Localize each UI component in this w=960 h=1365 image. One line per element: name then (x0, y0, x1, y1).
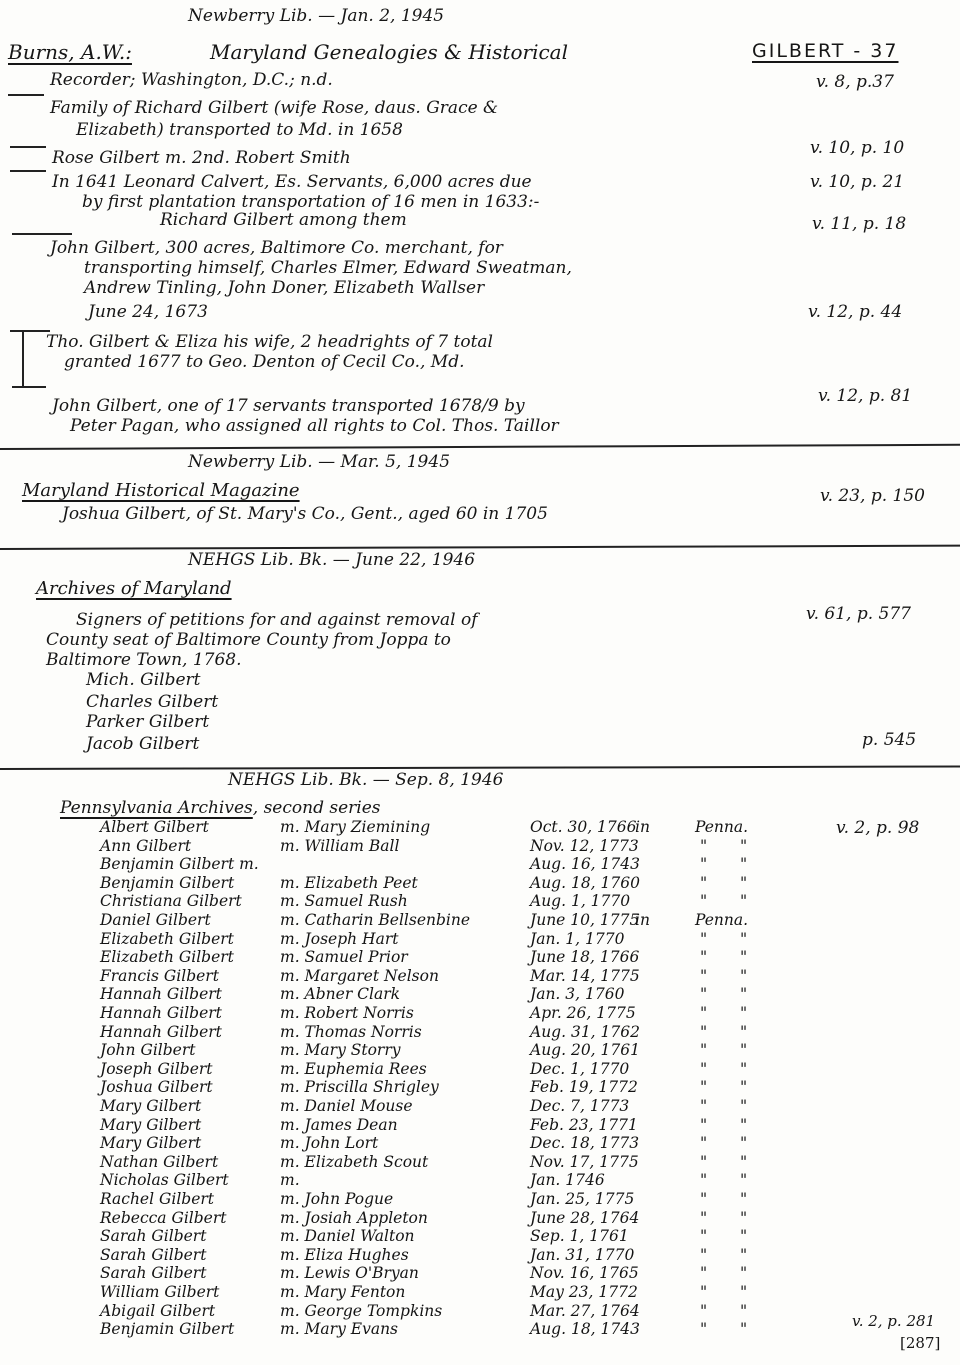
marriage-place: " (700, 1078, 707, 1096)
person-name: Sarah Gilbert (100, 1227, 206, 1245)
ref-4: v. 11, p. 18 (812, 214, 906, 234)
person-name: Joseph Gilbert (100, 1060, 213, 1078)
marriage-place-cont: Penna. (695, 911, 748, 929)
marriage-date: Nov. 16, 1765 (530, 1264, 639, 1282)
marriage-date: Jan. 3, 1760 (530, 985, 624, 1003)
ref-7: v. 23, p. 150 (820, 486, 925, 506)
entry-tick (10, 146, 46, 148)
signer: Parker Gilbert (86, 712, 209, 732)
spouse-name: m. William Ball (280, 837, 399, 855)
marriage-place: " (700, 1153, 707, 1171)
marriage-date: Aug. 1, 1770 (530, 892, 630, 910)
work-title-cont-1: Recorder; Washington, D.C.; n.d. (50, 70, 333, 90)
marriage-place: " (700, 1023, 707, 1041)
marriage-place-cont: " (740, 1246, 747, 1264)
person-name: Elizabeth Gilbert (100, 930, 234, 948)
entry-tick (8, 94, 44, 96)
marriage-place: " (700, 855, 707, 873)
entry-line: Tho. Gilbert & Eliza his wife, 2 headrig… (46, 332, 493, 352)
person-name: Nicholas Gilbert (100, 1171, 229, 1189)
marriage-place-cont: " (740, 985, 747, 1003)
marriage-date: Aug. 31, 1762 (530, 1023, 640, 1041)
person-name: Hannah Gilbert (100, 985, 222, 1003)
marriage-place: " (700, 1264, 707, 1282)
entry-tick (12, 386, 46, 388)
spouse-name: m. John Lort (280, 1134, 378, 1152)
entry-line: transporting himself, Charles Elmer, Edw… (84, 258, 572, 278)
marriage-place: " (700, 1041, 707, 1059)
person-name: Joshua Gilbert (100, 1078, 213, 1096)
marriage-place-cont: " (740, 1320, 747, 1338)
ref-5: v. 12, p. 44 (808, 302, 902, 322)
spouse-name: m. Samuel Rush (280, 892, 408, 910)
marriage-place: " (700, 1302, 707, 1320)
entry-line: In 1641 Leonard Calvert, Es. Servants, 6… (52, 172, 532, 192)
section-divider (0, 444, 960, 450)
marriage-place-cont: " (740, 1078, 747, 1096)
marriage-place: " (700, 948, 707, 966)
person-name: Mary Gilbert (100, 1116, 201, 1134)
marriage-place-cont: " (740, 1097, 747, 1115)
marriage-date: Oct. 30, 1766 (530, 818, 637, 836)
entry-line: Joshua Gilbert, of St. Mary's Co., Gent.… (62, 504, 548, 524)
source-header-1: Newberry Lib. — Jan. 2, 1945 (188, 6, 444, 26)
entry-line: Peter Pagan, who assigned all rights to … (70, 416, 559, 436)
signer: Mich. Gilbert (86, 670, 200, 690)
entry-line: John Gilbert, 300 acres, Baltimore Co. m… (50, 238, 503, 258)
work-title-4-wrap: Pennsylvania Archives, second series (60, 798, 380, 818)
marriage-date: June 10, 1775 (530, 911, 639, 929)
marriage-date: Jan. 1746 (530, 1171, 605, 1189)
entry-line: Rose Gilbert m. 2nd. Robert Smith (52, 148, 351, 168)
marriage-date: Aug. 18, 1760 (530, 874, 640, 892)
genealogy-note-page: Newberry Lib. — Jan. 2, 1945 Burns, A.W.… (0, 0, 960, 1365)
marriage-place-cont: " (740, 1023, 747, 1041)
marriage-place: " (700, 892, 707, 910)
marriage-place: " (700, 1227, 707, 1245)
entry-line: County seat of Baltimore County from Jop… (46, 630, 451, 650)
entry-line: John Gilbert, one of 17 servants transpo… (52, 396, 525, 416)
marriage-date: June 18, 1766 (530, 948, 639, 966)
person-name: Benjamin Gilbert (100, 1320, 234, 1338)
spouse-name: m. Mary Evans (280, 1320, 398, 1338)
marriage-place: " (700, 1116, 707, 1134)
person-name: Sarah Gilbert (100, 1246, 206, 1264)
marriage-place: " (700, 1171, 707, 1189)
marriage-date: Dec. 18, 1773 (530, 1134, 639, 1152)
author-name: Burns, A.W.: (8, 40, 132, 64)
marriage-place: " (700, 967, 707, 985)
spouse-name: m. Thomas Norris (280, 1023, 422, 1041)
source-header-2: Newberry Lib. — Mar. 5, 1945 (188, 452, 450, 472)
marriage-date: Mar. 14, 1775 (530, 967, 640, 985)
marriage-date: May 23, 1772 (530, 1283, 638, 1301)
marriage-place-cont: " (740, 1283, 747, 1301)
entry-line: granted 1677 to Geo. Denton of Cecil Co.… (64, 352, 465, 372)
marriage-date: Feb. 19, 1772 (530, 1078, 638, 1096)
marriage-date: Jan. 25, 1775 (530, 1190, 634, 1208)
marriage-date: Apr. 26, 1775 (530, 1004, 636, 1022)
ref-8: v. 61, p. 577 (806, 604, 911, 624)
marriage-date: Dec. 1, 1770 (530, 1060, 629, 1078)
ref-10: v. 2, p. 98 (836, 818, 919, 838)
marriage-date: Feb. 23, 1771 (530, 1116, 638, 1134)
section-divider (0, 545, 960, 550)
person-name: Ann Gilbert (100, 837, 191, 855)
person-name: Hannah Gilbert (100, 1023, 222, 1041)
person-name: Elizabeth Gilbert (100, 948, 234, 966)
marriage-place: " (700, 1283, 707, 1301)
entry-line: Family of Richard Gilbert (wife Rose, da… (50, 98, 498, 118)
entry-line: Elizabeth) transported to Md. in 1658 (76, 120, 403, 140)
spouse-name: m. Mary Ziemining (280, 818, 430, 836)
ref-2: v. 10, p. 10 (810, 138, 904, 158)
marriage-date: Dec. 7, 1773 (530, 1097, 629, 1115)
spouse-name: m. Eliza Hughes (280, 1246, 409, 1264)
source-header-4: NEHGS Lib. Bk. — Sep. 8, 1946 (228, 770, 503, 790)
marriage-place-cont: " (740, 892, 747, 910)
marriage-date: Jan. 1, 1770 (530, 930, 624, 948)
marriage-place-cont: " (740, 930, 747, 948)
entry-line: Signers of petitions for and against rem… (76, 610, 478, 630)
marriage-place: in (635, 818, 650, 836)
page-number: [287] (900, 1334, 940, 1352)
marriage-place-cont: " (740, 1209, 747, 1227)
marriage-date: Jan. 31, 1770 (530, 1246, 634, 1264)
marriage-place: in (635, 911, 650, 929)
marriage-place-cont: " (740, 1190, 747, 1208)
marriage-place-cont: " (740, 1171, 747, 1189)
spouse-name: m. Joseph Hart (280, 930, 398, 948)
entry-line: Richard Gilbert among them (160, 210, 407, 230)
spouse-name: m. (280, 1171, 300, 1189)
marriage-place-cont: " (740, 948, 747, 966)
marriage-place: " (700, 837, 707, 855)
marriage-place-cont: " (740, 1264, 747, 1282)
spouse-name: m. Abner Clark (280, 985, 400, 1003)
marriage-place: " (700, 874, 707, 892)
marriage-place-cont: " (740, 837, 747, 855)
marriage-date: Aug. 16, 1743 (530, 855, 640, 873)
signer: Charles Gilbert (86, 692, 218, 712)
work-title-4-suffix: , second series (253, 798, 381, 818)
person-name: Christiana Gilbert (100, 892, 242, 910)
spouse-name: m. Robert Norris (280, 1004, 414, 1022)
header-tab-gilbert-37: GILBERT - 37 (752, 40, 899, 62)
entry-line: Baltimore Town, 1768. (46, 650, 242, 670)
work-title-2: Maryland Historical Magazine (22, 480, 300, 501)
marriage-place: " (700, 985, 707, 1003)
marriage-place-cont: " (740, 855, 747, 873)
marriage-place: " (700, 1097, 707, 1115)
section-divider (0, 765, 960, 769)
marriage-place: " (700, 1134, 707, 1152)
entry-tick (12, 233, 72, 235)
work-title-3: Archives of Maryland (36, 578, 232, 599)
spouse-name: m. Daniel Walton (280, 1227, 415, 1245)
marriage-date: Mar. 27, 1764 (530, 1302, 640, 1320)
source-header-3: NEHGS Lib. Bk. — June 22, 1946 (188, 550, 475, 570)
work-title-1: Maryland Genealogies & Historical (210, 40, 568, 64)
person-name: Daniel Gilbert (100, 911, 211, 929)
marriage-place-cont: " (740, 1004, 747, 1022)
ref-11: v. 2, p. 281 (852, 1312, 935, 1330)
marriage-place-cont: " (740, 1041, 747, 1059)
spouse-name: m. Lewis O'Bryan (280, 1264, 419, 1282)
ref-9: p. 545 (862, 730, 916, 750)
spouse-name: m. John Pogue (280, 1190, 393, 1208)
ref-3: v. 10, p. 21 (810, 172, 904, 192)
entry-line: Andrew Tinling, John Doner, Elizabeth Wa… (84, 278, 484, 298)
person-name: Abigail Gilbert (100, 1302, 215, 1320)
entry-tick (10, 170, 46, 172)
marriage-place-cont: Penna. (695, 818, 748, 836)
person-name: Rebecca Gilbert (100, 1209, 227, 1227)
ref-6: v. 12, p. 81 (818, 386, 912, 406)
marriage-date: Aug. 20, 1761 (530, 1041, 640, 1059)
marriage-place: " (700, 1190, 707, 1208)
person-name: Hannah Gilbert (100, 1004, 222, 1022)
work-title-4: Pennsylvania Archives (60, 798, 253, 818)
person-name: Mary Gilbert (100, 1097, 201, 1115)
marriage-date: Nov. 17, 1775 (530, 1153, 639, 1171)
marriage-place: " (700, 1246, 707, 1264)
ref-1: v. 8, p.37 (816, 72, 894, 92)
marriage-place: " (700, 930, 707, 948)
spouse-name: m. Catharin Bellsenbine (280, 911, 470, 929)
person-name: John Gilbert (100, 1041, 195, 1059)
marriage-place: " (700, 1320, 707, 1338)
marriage-place: " (700, 1004, 707, 1022)
person-name: Francis Gilbert (100, 967, 219, 985)
person-name: Benjamin Gilbert (100, 874, 234, 892)
spouse-name: m. Mary Fenton (280, 1283, 405, 1301)
marriage-place-cont: " (740, 967, 747, 985)
marriage-date: Nov. 12, 1773 (530, 837, 639, 855)
entry-line: by first plantation transportation of 16… (82, 192, 539, 212)
spouse-name: m. George Tompkins (280, 1302, 442, 1320)
spouse-name: m. Priscilla Shrigley (280, 1078, 439, 1096)
person-name: Albert Gilbert (100, 818, 209, 836)
marriage-place-cont: " (740, 1116, 747, 1134)
person-name: Rachel Gilbert (100, 1190, 214, 1208)
marriage-date: Aug. 18, 1743 (530, 1320, 640, 1338)
person-name: Nathan Gilbert (100, 1153, 218, 1171)
marriage-place-cont: " (740, 1227, 747, 1245)
person-name: Sarah Gilbert (100, 1264, 206, 1282)
bracket-line (22, 330, 24, 386)
spouse-name: m. Elizabeth Peet (280, 874, 418, 892)
signer: Jacob Gilbert (86, 734, 199, 754)
person-name: Benjamin Gilbert m. (100, 855, 259, 873)
spouse-name: m. James Dean (280, 1116, 398, 1134)
spouse-name: m. Elizabeth Scout (280, 1153, 428, 1171)
person-name: William Gilbert (100, 1283, 219, 1301)
marriage-place-cont: " (740, 1302, 747, 1320)
marriage-date: June 28, 1764 (530, 1209, 639, 1227)
marriage-place-cont: " (740, 1134, 747, 1152)
person-name: Mary Gilbert (100, 1134, 201, 1152)
marriage-place-cont: " (740, 1060, 747, 1078)
marriage-place: " (700, 1060, 707, 1078)
entry-tick (10, 330, 50, 332)
spouse-name: m. Margaret Nelson (280, 967, 439, 985)
marriage-place-cont: " (740, 1153, 747, 1171)
spouse-name: m. Euphemia Rees (280, 1060, 427, 1078)
marriage-date: Sep. 1, 1761 (530, 1227, 629, 1245)
spouse-name: m. Josiah Appleton (280, 1209, 428, 1227)
spouse-name: m. Mary Storry (280, 1041, 401, 1059)
spouse-name: m. Daniel Mouse (280, 1097, 413, 1115)
marriage-place-cont: " (740, 874, 747, 892)
marriage-place: " (700, 1209, 707, 1227)
entry-line: June 24, 1673 (88, 302, 208, 322)
spouse-name: m. Samuel Prior (280, 948, 408, 966)
